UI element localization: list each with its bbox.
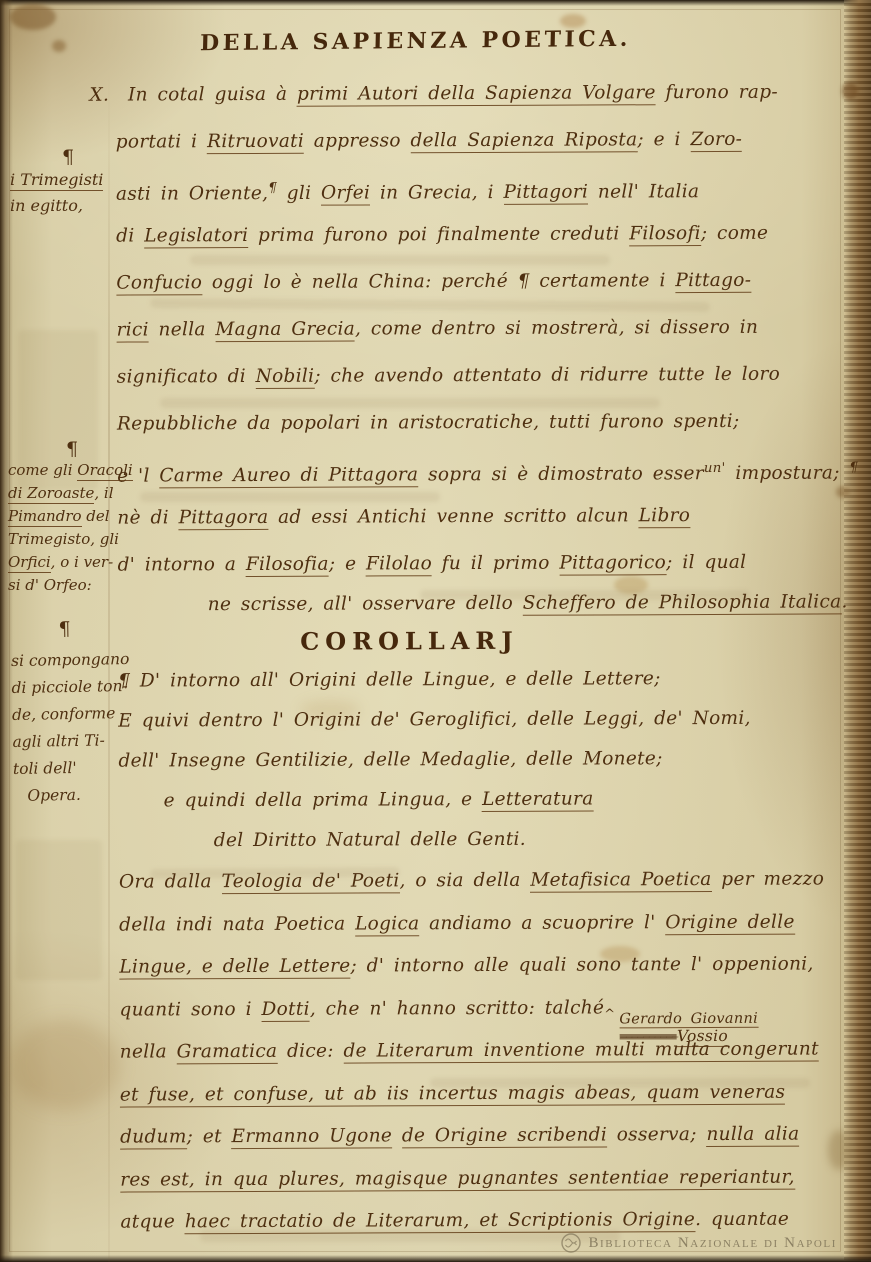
manuscript-line: E quivi dentro l' Origini de' Geroglific…: [118, 701, 841, 744]
manuscript-line: si d' Orfeo:: [8, 575, 133, 598]
manuscript-line: di Zoroaste, il: [8, 483, 133, 506]
manuscript-line: e 'l Carme Aureo di Pittagora sopra si è…: [117, 448, 840, 498]
manuscript-line: Ora dalla Teologia de' Poeti, o sia dell…: [119, 861, 842, 907]
manuscript-line: Orfici, o i ver-: [8, 552, 133, 575]
manuscript-line: del Diritto Natural delle Genti.: [214, 821, 842, 864]
manuscript-line: d' intorno a Filosofia; e Filolao fu il …: [117, 542, 840, 592]
manuscript-line: di picciole ton-: [11, 674, 130, 703]
manuscript-line: et fuse, et confuse, ut ab iis incertus …: [120, 1074, 843, 1120]
manuscript-line: si compongano: [11, 647, 130, 676]
manuscript-line: Trimegisto, gli: [8, 529, 133, 552]
manuscript-line: Lingue, e delle Lettere; d' intorno alle…: [119, 946, 842, 992]
manuscript-line: portati i Ritruovati appresso della Sapi…: [116, 119, 839, 169]
margin-note-titoli: ¶ si componganodi picciole ton-de, confo…: [10, 617, 132, 811]
manuscript-line: Opera.: [27, 782, 132, 811]
manuscript-line: come gli Oracoli: [8, 460, 133, 483]
manuscript-line: agli altri Ti-: [12, 728, 131, 757]
library-watermark: Biblioteca Nazionale di Napoli: [560, 1232, 837, 1254]
foxing-stain: [10, 1020, 120, 1110]
manuscript-line: dell' Insegne Gentilizie, delle Medaglie…: [118, 741, 841, 784]
manuscript-line: i Trimegisti: [10, 168, 103, 194]
margin-note-trimegisti: ¶ i Trimegistiin egitto,: [10, 146, 103, 220]
manuscript-line: ne scrisse, all' osservare dello Scheffe…: [208, 589, 841, 624]
manuscript-line: dudum; et Ermanno Ugone de Origine scrib…: [120, 1116, 843, 1162]
margin-note-lines: i Trimegistiin egitto,: [10, 168, 103, 220]
manuscript-line: Confucio oggi lo è nella China: perché ¶…: [116, 260, 839, 310]
manuscript-line: nella Gramatica dice: de Literarum inven…: [120, 1031, 843, 1077]
manuscript-body: X. In cotal guisa à primi Autori della S…: [115, 72, 843, 1247]
scan-edge-bottom: [0, 1255, 871, 1262]
manuscript-line: quanti sono i Dotti, che n' hanno scritt…: [119, 989, 842, 1035]
verso-show-through: [16, 840, 102, 980]
manuscript-line: res est, in qua plures, magisque pugnant…: [120, 1159, 843, 1205]
manuscript-line: ¶ D' intorno all' Origini delle Lingue, …: [118, 661, 841, 704]
manuscript-line: e quindi della prima Lingua, e Letteratu…: [164, 781, 842, 824]
manuscript-line: asti in Oriente,¶ gli Orfei in Grecia, i…: [116, 166, 839, 216]
manuscript-line: nè di Pittagora ad essi Antichi venne sc…: [117, 495, 840, 545]
manuscript-line: rici nella Magna Grecia, come dentro si …: [116, 307, 839, 357]
margin-note-oracoli: ¶ come gli Oracolidi Zoroaste, ilPimandr…: [8, 438, 133, 598]
manuscript-page-scan: DELLA SAPIENZA POETICA. X. In cotal guis…: [0, 0, 871, 1262]
pilcrow-mark-icon: ¶: [58, 617, 129, 640]
manuscript-line: in egitto,: [10, 194, 103, 220]
manuscript-line: significato di Nobili; che avendo attent…: [117, 354, 840, 404]
manuscript-line: di Legislatori prima furono poi finalmen…: [116, 213, 839, 263]
library-seal-icon: [560, 1232, 582, 1254]
pilcrow-mark-icon: ¶: [66, 438, 133, 460]
manuscript-line: Pimandro del: [8, 506, 133, 529]
ink-stain: [10, 4, 56, 30]
library-watermark-label: Biblioteca Nazionale di Napoli: [588, 1235, 837, 1252]
scan-edge-top: [0, 0, 871, 6]
manuscript-line: COROLLARJ: [118, 622, 701, 665]
manuscript-line: della indi nata Poetica Logica andiamo a…: [119, 904, 842, 950]
book-fore-edge: [844, 0, 871, 1262]
manuscript-line: toli dell': [13, 755, 132, 784]
margin-note-lines: si componganodi picciole ton-de, conform…: [11, 647, 132, 811]
pilcrow-mark-icon: ¶: [62, 146, 103, 168]
margin-note-lines: come gli Oracolidi Zoroaste, ilPimandro …: [8, 460, 133, 598]
manuscript-line: Repubbliche da popolari in aristocratich…: [117, 401, 840, 451]
manuscript-line: X. In cotal guisa à primi Autori della S…: [89, 72, 838, 122]
page-title: DELLA SAPIENZA POETICA.: [0, 24, 831, 59]
manuscript-line: de, conforme: [12, 701, 131, 730]
